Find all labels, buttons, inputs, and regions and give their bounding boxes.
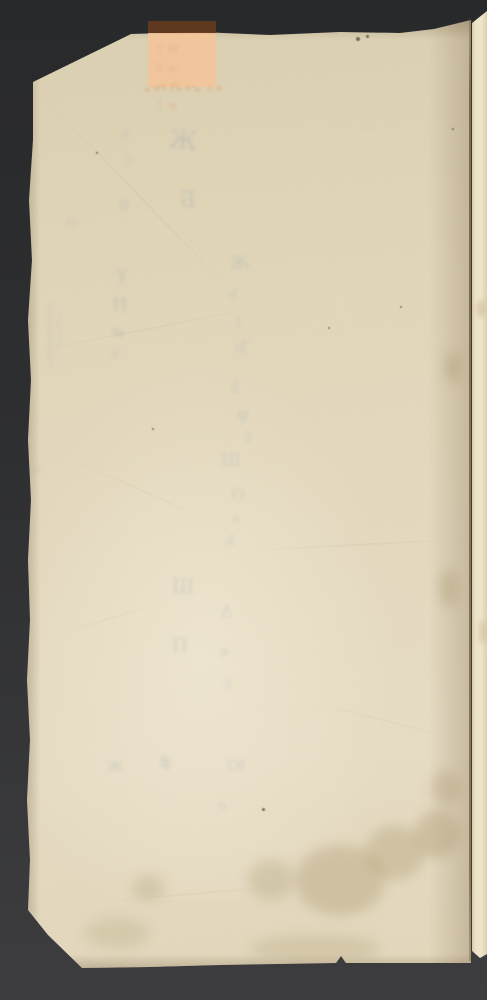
dark-speck: [328, 327, 330, 329]
dark-speck: [262, 808, 265, 811]
manuscript-page: ЖБъς6ŦĦ≠6Ħ≡Ŧ≠Ξ≡ĦŦ≡≡ΞĦ≠≡ŦϖЖьιЪžφбШӨяЬШΛΠψ…: [0, 0, 487, 1000]
scan-backdrop: ЖБъς6ŦĦ≠6Ħ≡Ŧ≠Ξ≡ĦŦ≡≡ΞĦ≠≡ŦϖЖьιЪžφбШӨяЬШΛΠψ…: [0, 0, 487, 1000]
stamp-caption-illegible: ≡ĦŦΞ≠Ħ≡ ΠĦ: [144, 85, 240, 94]
dark-speck: [366, 35, 369, 38]
speck-layer: [0, 0, 487, 1000]
adjacent-page-edge: [471, 0, 487, 1000]
dark-speck: [96, 152, 98, 154]
stamp-illegible-marks: ΞĦ Ŧ≡ ≠Ħ Ξ≡: [156, 41, 212, 116]
label-stamp: ΞĦ Ŧ≡ ≠Ħ Ξ≡: [148, 33, 216, 87]
spine-fold-line: [469, 17, 472, 961]
dark-speck: [152, 428, 154, 430]
dark-speck: [452, 128, 454, 130]
dark-speck: [356, 37, 360, 41]
dark-speck: [400, 306, 402, 308]
